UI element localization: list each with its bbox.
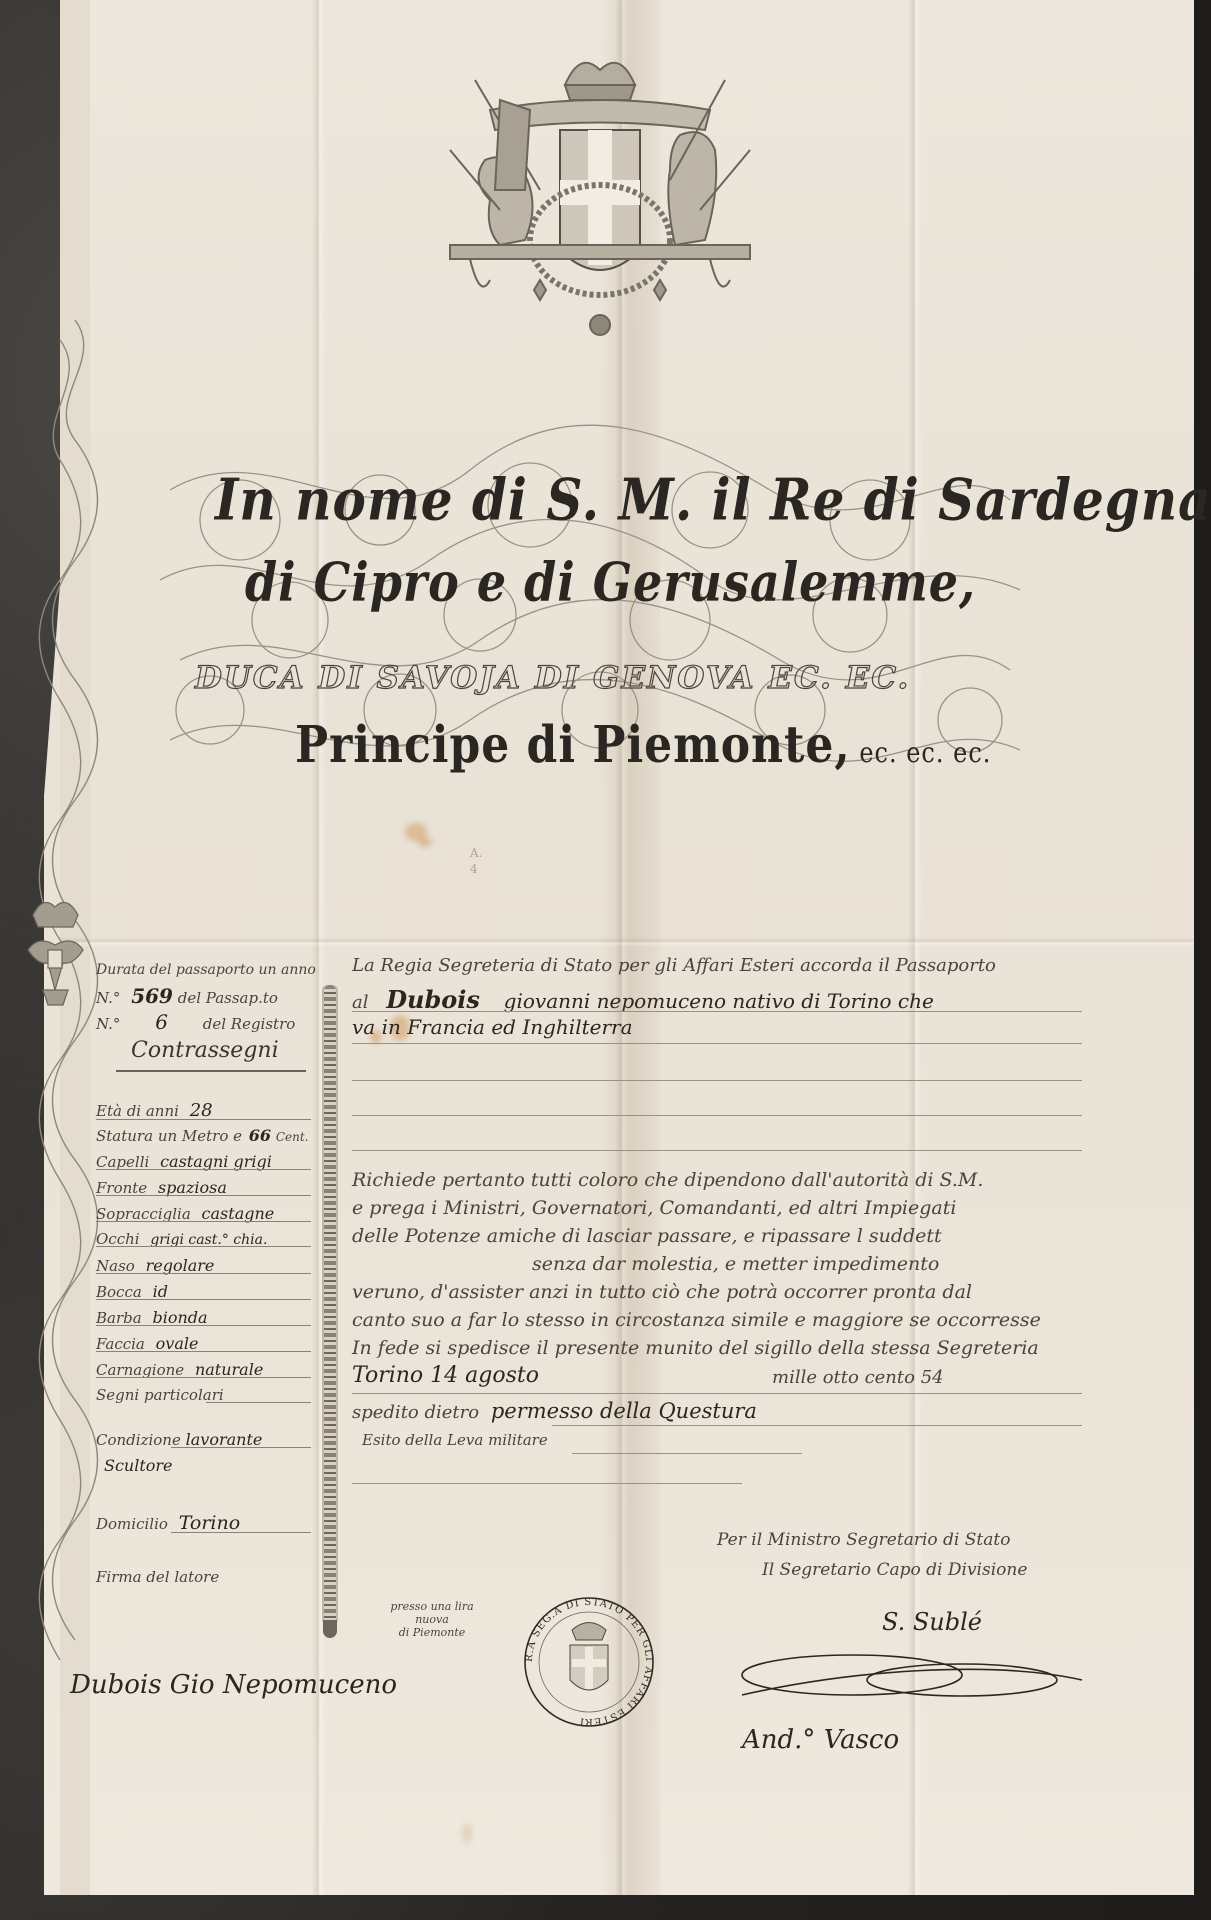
passport-no-value: 569: [131, 984, 173, 1008]
division-secretary-label: Il Segretario Capo di Divisione: [762, 1560, 1027, 1580]
field-row-hair: Capelli castagni grigi: [96, 1152, 311, 1171]
stain: [462, 1823, 472, 1843]
field-row-height: Statura un Metro e 66 Cent.: [96, 1126, 311, 1145]
title-line-cyprus-jerusalem: di Cipro e di Gerusalemme,: [245, 551, 976, 613]
duration-label: Durata del passaporto un anno: [96, 962, 316, 978]
field-row-eyes: Occhi grigi cast.° chia.: [96, 1230, 311, 1248]
body-line-request: In fede si spedisce il presente munito d…: [352, 1337, 1039, 1359]
eagle-crest-icon: [18, 895, 93, 1025]
passport-number-row: N.° 569 del Passap.to: [96, 984, 278, 1008]
place-date: Torino 14 agosto: [352, 1363, 539, 1388]
passport-no-label: N.°: [96, 989, 120, 1007]
field-suffix: Cent.: [276, 1130, 309, 1144]
bearer-surname: Dubois: [386, 985, 480, 1014]
faint-stamp-mark: A. 4: [470, 845, 482, 877]
field-row-complexion: Carnagione naturale: [96, 1360, 311, 1379]
destination: va in Francia ed Inghilterra: [352, 1015, 633, 1039]
body-line-request: veruno, d'assister anzi in tutto ciò che…: [352, 1281, 972, 1303]
field-value: 28: [190, 1100, 213, 1121]
bearer-prefix: al: [352, 992, 369, 1013]
register-number-row: N.° 6 del Registro: [96, 1010, 295, 1034]
field-label: Segni particolari: [96, 1386, 224, 1404]
heading-divider: [116, 1070, 306, 1072]
field-row-bearer-signature: Firma del latore: [96, 1568, 311, 1586]
field-row-age: Età di anni 28: [96, 1100, 311, 1121]
register-no-value: 6: [155, 1010, 168, 1034]
body-line-date: Torino 14 agosto: [352, 1363, 539, 1388]
body-line-destination: va in Francia ed Inghilterra: [352, 1015, 633, 1039]
field-value: Torino: [179, 1512, 240, 1534]
fee-note-line2: di Piemonte: [372, 1626, 492, 1639]
field-label: Firma del latore: [96, 1568, 219, 1586]
field-value: Scultore: [104, 1456, 173, 1475]
body-line-bearer: al Dubois giovanni nepomuceno nativo di …: [352, 985, 934, 1014]
field-label: Età di anni: [96, 1102, 179, 1120]
field-row-beard: Barba bionda: [96, 1308, 311, 1327]
fee-note-line1: presso una lira nuova: [372, 1600, 492, 1626]
field-row-face: Faccia ovale: [96, 1334, 311, 1353]
secretary-signature: S. Sublé: [882, 1608, 982, 1636]
body-line-request: e prega i Ministri, Governatori, Comanda…: [352, 1197, 956, 1219]
field-row-domicile: Domicilio Torino: [96, 1512, 311, 1534]
field-label: Condizione: [96, 1431, 181, 1449]
body-line-request: Richiede pertanto tutti coloro che dipen…: [352, 1169, 983, 1191]
passport-no-suffix: del Passap.to: [178, 989, 278, 1007]
field-value: 66: [249, 1126, 271, 1145]
body-line-issued: spedito dietro permesso della Questura: [352, 1399, 757, 1423]
official-signature: And.° Vasco: [742, 1725, 899, 1755]
prince-text: Principe di Piemonte,: [295, 716, 851, 775]
minister-label: Per il Ministro Segretario di Stato: [717, 1530, 1010, 1550]
register-no-suffix: del Registro: [203, 1015, 296, 1033]
body-line-year: mille otto cento 54: [772, 1367, 944, 1388]
field-row-mouth: Bocca id: [96, 1282, 311, 1301]
bearer-signature: Dubois Gio Nepomuceno: [70, 1670, 397, 1700]
ministry-seal-icon: R.A SEG.A DI STATO PER GLI AFFARI ESTERI: [522, 1595, 657, 1730]
field-row-nose: Naso regolare: [96, 1256, 311, 1275]
decorative-chain-divider: [322, 985, 338, 1625]
field-label: Domicilio: [96, 1515, 168, 1533]
field-row-distinguishing-marks: Segni particolari: [96, 1386, 311, 1404]
military-service-label: Esito della Leva militare: [362, 1431, 548, 1449]
royal-coat-of-arms-icon: [430, 40, 770, 360]
chain-tassel: [323, 1620, 337, 1638]
field-row-occupation: Scultore: [96, 1456, 311, 1475]
field-row-forehead: Fronte spaziosa: [96, 1178, 311, 1197]
fee-note: presso una lira nuova di Piemonte: [372, 1600, 492, 1639]
bearer-details: giovanni nepomuceno nativo di Torino che: [504, 989, 934, 1013]
register-no-label: N.°: [96, 1015, 120, 1033]
fold-line: [60, 937, 1193, 947]
body-line-request: senza dar molestia, e metter impedimento: [532, 1253, 939, 1275]
title-line-king: In nome di S. M. il Re di Sardegna,: [215, 466, 1211, 534]
stain: [418, 837, 432, 847]
issued-label: spedito dietro: [352, 1402, 479, 1423]
signature-flourish: [732, 1640, 1092, 1710]
contrassegni-heading: Contrassegni: [131, 1038, 279, 1063]
duration-row: Durata del passaporto un anno: [96, 960, 316, 978]
issued-value: permesso della Questura: [491, 1399, 757, 1423]
field-label: Statura un Metro e: [96, 1127, 242, 1145]
field-row-eyebrows: Sopracciglia castagne: [96, 1204, 311, 1223]
title-line-duke: DUCA DI SAVOJA DI GENOVA EC. EC.: [195, 660, 910, 696]
title-line-prince: Principe di Piemonte, ec. ec. ec.: [295, 716, 991, 775]
body-line-request: canto suo a far lo stesso in circostanza…: [352, 1309, 1041, 1331]
field-row-condition: Condizione lavorante: [96, 1430, 311, 1449]
prince-suffix: ec. ec. ec.: [851, 737, 992, 769]
body-line-grant: La Regia Segreteria di Stato per gli Aff…: [352, 955, 996, 976]
body-line-request: delle Potenze amiche di lasciar passare,…: [352, 1225, 942, 1247]
